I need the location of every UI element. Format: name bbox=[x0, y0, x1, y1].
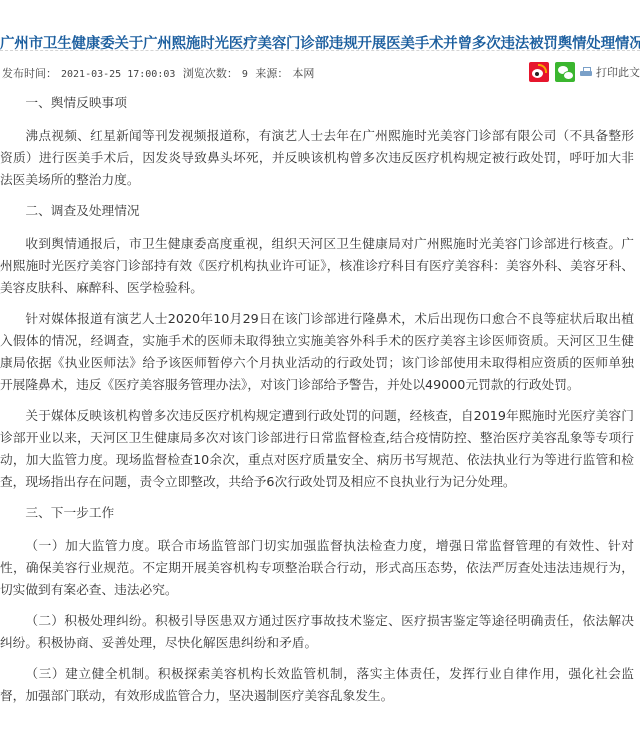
print-link[interactable]: 打印此文 bbox=[596, 64, 640, 80]
meta-info: 发布时间：2021-03-25 17:00:03 浏览次数：9 来源：本网 bbox=[2, 65, 318, 81]
paragraph: 针对媒体报道有演艺人士2020年10月29日在该门诊部进行隆鼻术，术后出现伤口愈… bbox=[0, 308, 634, 396]
paragraph: （二）积极处理纠纷。积极引导医患双方通过医疗事故技术鉴定、医疗损害鉴定等途径明确… bbox=[0, 610, 634, 654]
weibo-icon[interactable] bbox=[529, 62, 549, 82]
article-meta: 发布时间：2021-03-25 17:00:03 浏览次数：9 来源：本网 打印… bbox=[0, 62, 640, 82]
paragraph: 收到舆情通报后，市卫生健康委高度重视，组织天河区卫生健康局对广州熙施时光美容门诊… bbox=[0, 233, 634, 299]
view-count: 9 bbox=[242, 69, 248, 80]
weibo-signal-arc bbox=[538, 64, 547, 73]
section-heading-1: 一、舆情反映事项 bbox=[0, 92, 634, 114]
source-label: 来源： bbox=[255, 67, 288, 80]
publish-time: 2021-03-25 17:00:03 bbox=[61, 69, 175, 80]
wechat-icon[interactable] bbox=[555, 62, 575, 82]
publish-time-label: 发布时间： bbox=[2, 67, 57, 80]
printer-icon[interactable] bbox=[580, 67, 592, 77]
paragraph: （一）加大监管力度。联合市场监管部门切实加强监督执法检查力度，增强日常监督管理的… bbox=[0, 535, 634, 601]
paragraph: （三）建立健全机制。积极探索美容机构长效监管机制，落实主体责任，发挥行业自律作用… bbox=[0, 663, 634, 707]
source-value: 本网 bbox=[292, 67, 314, 80]
article-body: 一、舆情反映事项 沸点视频、红星新闻等刊发视频报道称，有演艺人士去年在广州熙施时… bbox=[0, 92, 634, 716]
paragraph: 沸点视频、红星新闻等刊发视频报道称，有演艺人士去年在广州熙施时光美容门诊部有限公… bbox=[0, 125, 634, 191]
views-label: 浏览次数： bbox=[183, 67, 238, 80]
paragraph: 关于媒体反映该机构曾多次违反医疗机构规定遭到行政处罚的问题，经核查，自2019年… bbox=[0, 405, 634, 493]
title-divider bbox=[0, 50, 640, 51]
section-heading-3: 三、下一步工作 bbox=[0, 502, 634, 524]
share-toolbar: 打印此文 bbox=[529, 62, 640, 82]
section-heading-2: 二、调查及处理情况 bbox=[0, 200, 634, 222]
